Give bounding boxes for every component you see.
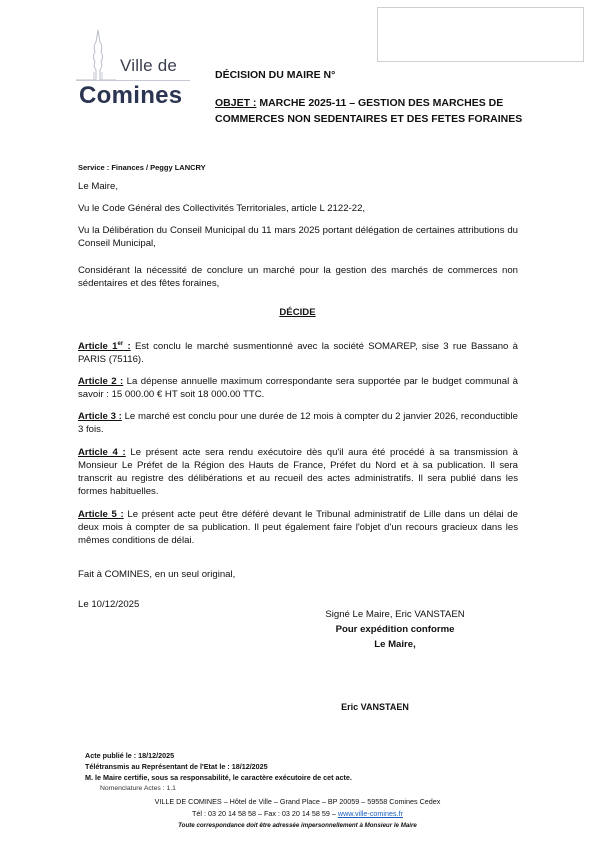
article-4-label: Article 4 :: [78, 447, 126, 458]
signature-le-maire: Le Maire,: [270, 637, 520, 652]
decide-heading: DÉCIDE: [0, 307, 595, 318]
objet-heading: OBJET : MARCHE 2025-11 – GESTION DES MAR…: [215, 96, 545, 127]
registration-stamp-box: [377, 7, 584, 62]
footer-correspondence: Toute correspondance doit être adressée …: [0, 822, 595, 829]
mayor-name: Eric VANSTAEN: [315, 702, 435, 712]
website-link[interactable]: www.ville-comines.fr: [338, 809, 403, 818]
nomenclature-line: Nomenclature Actes : 1.1: [100, 785, 176, 792]
city-logo: Ville de Comines: [76, 26, 196, 110]
certifie-line: M. le Maire certifie, sous sa responsabi…: [85, 772, 352, 783]
vu-deliberation-paragraph: Vu la Délibération du Conseil Municipal …: [78, 224, 518, 250]
teletransmis-line: Télétransmis au Représentant de l'Etat l…: [85, 761, 352, 772]
signature-signe: Signé Le Maire, Eric VANSTAEN: [270, 607, 520, 622]
considerant-paragraph: Considérant la nécessité de conclure un …: [78, 264, 518, 290]
article-2-text: La dépense annuelle maximum correspondan…: [78, 376, 518, 400]
article-5-label: Article 5 :: [78, 509, 124, 520]
le-maire-intro: Le Maire,: [78, 180, 518, 193]
acte-publie-line: Acte publié le : 18/12/2025: [85, 750, 352, 761]
footer-contact: Tél : 03 20 14 58 58 – Fax : 03 20 14 58…: [0, 809, 595, 818]
objet-label: OBJET :: [215, 97, 256, 109]
article-4: Article 4 : Le présent acte sera rendu e…: [78, 446, 518, 498]
article-5-text: Le présent acte peut être déféré devant …: [78, 509, 518, 546]
footer-phone-fax: Tél : 03 20 14 58 58 – Fax : 03 20 14 58…: [192, 809, 338, 818]
objet-text: MARCHE 2025-11 – GESTION DES MARCHES DE …: [215, 97, 522, 125]
logo-text-comines: Comines: [79, 82, 182, 110]
article-3-label: Article 3 :: [78, 411, 122, 422]
article-2: Article 2 : La dépense annuelle maximum …: [78, 375, 518, 401]
vu-code-paragraph: Vu le Code Général des Collectivités Ter…: [78, 202, 518, 215]
article-4-text: Le présent acte sera rendu exécutoire dè…: [78, 447, 518, 497]
article-5: Article 5 : Le présent acte peut être dé…: [78, 508, 518, 547]
article-1-label: Article 1er :: [78, 341, 131, 352]
article-2-label: Article 2 :: [78, 376, 123, 387]
article-1-text: Est conclu le marché susmentionné avec l…: [78, 341, 518, 365]
logo-divider: [76, 80, 190, 81]
service-line: Service : Finances / Peggy LANCRY: [78, 163, 206, 172]
logo-text-ville-de: Ville de: [120, 56, 177, 76]
article-3-text: Le marché est conclu pour une durée de 1…: [78, 411, 518, 435]
publication-block: Acte publié le : 18/12/2025 Télétransmis…: [85, 750, 352, 783]
article-1: Article 1er : Est conclu le marché susme…: [78, 338, 518, 366]
fait-a-line: Fait à COMINES, en un seul original,: [78, 568, 518, 581]
article-3: Article 3 : Le marché est conclu pour un…: [78, 410, 518, 436]
footer-address: VILLE DE COMINES – Hôtel de Ville – Gran…: [0, 797, 595, 806]
decision-title: DÉCISION DU MAIRE N°: [215, 69, 335, 81]
signature-pour-expedition: Pour expédition conforme: [270, 622, 520, 637]
